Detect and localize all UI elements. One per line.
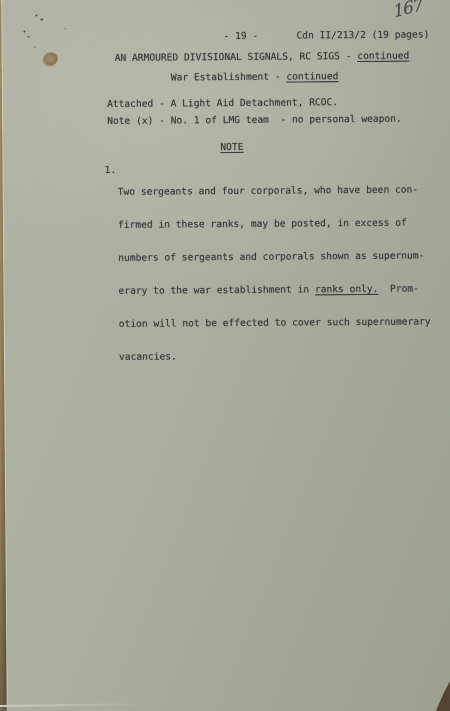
- note-item-line: otion will not be effected to cover such…: [119, 316, 431, 329]
- note-item-line4-pre: erary to the war establishment in: [118, 284, 314, 297]
- page-number: - 19 -: [223, 31, 258, 42]
- ink-speck: [34, 47, 36, 48]
- handwritten-page-number: 167: [392, 0, 423, 22]
- ink-speck: [28, 36, 30, 38]
- note-item-line4-underlined: ranks only.: [315, 284, 379, 295]
- document-title: AN ARMOURED DIVISIONAL SIGNALS, RC SIGS …: [115, 51, 410, 64]
- document-title-text: AN ARMOURED DIVISIONAL SIGNALS, RC SIGS …: [115, 51, 358, 64]
- note-item-line: vacancies.: [119, 349, 431, 362]
- document-subtitle: War Establishment - continued: [171, 71, 339, 83]
- note-x-line: Note (x) - No. 1 of LMG team - no person…: [107, 114, 402, 127]
- stain-mark: [44, 52, 58, 65]
- note-heading: NOTE: [220, 142, 243, 153]
- document-title-continued: continued: [357, 51, 409, 62]
- note-item-number: 1.: [105, 165, 117, 176]
- document-reference: Cdn II/213/2 (19 pages): [296, 29, 429, 41]
- note-item-paragraph: Two sergeants and four corporals, who ha…: [118, 162, 432, 384]
- ink-speck: [40, 18, 43, 20]
- note-item-line: Two sergeants and four corporals, who ha…: [118, 184, 430, 197]
- ink-speck: [35, 15, 37, 17]
- ink-speck: [64, 28, 66, 29]
- note-item-line: numbers of sergeants and corporals shown…: [118, 250, 430, 263]
- note-item-line: erary to the war establishment in ranks …: [118, 283, 430, 296]
- note-item-line: firmed in these ranks, may be posted, in…: [118, 217, 430, 230]
- ink-speck: [23, 31, 25, 33]
- note-item-line4-post: Prom-: [378, 284, 419, 295]
- document-subtitle-continued: continued: [286, 71, 338, 82]
- document-subtitle-text: War Establishment -: [171, 72, 287, 84]
- document-photo: { "colors": { "paper": "#abada0", "desk_…: [0, 0, 450, 711]
- attached-line: Attached - A Light Aid Detachment, RCOC.: [107, 97, 338, 110]
- paper-sheet: 167 - 19 - Cdn II/213/2 (19 pages) AN AR…: [1, 0, 450, 711]
